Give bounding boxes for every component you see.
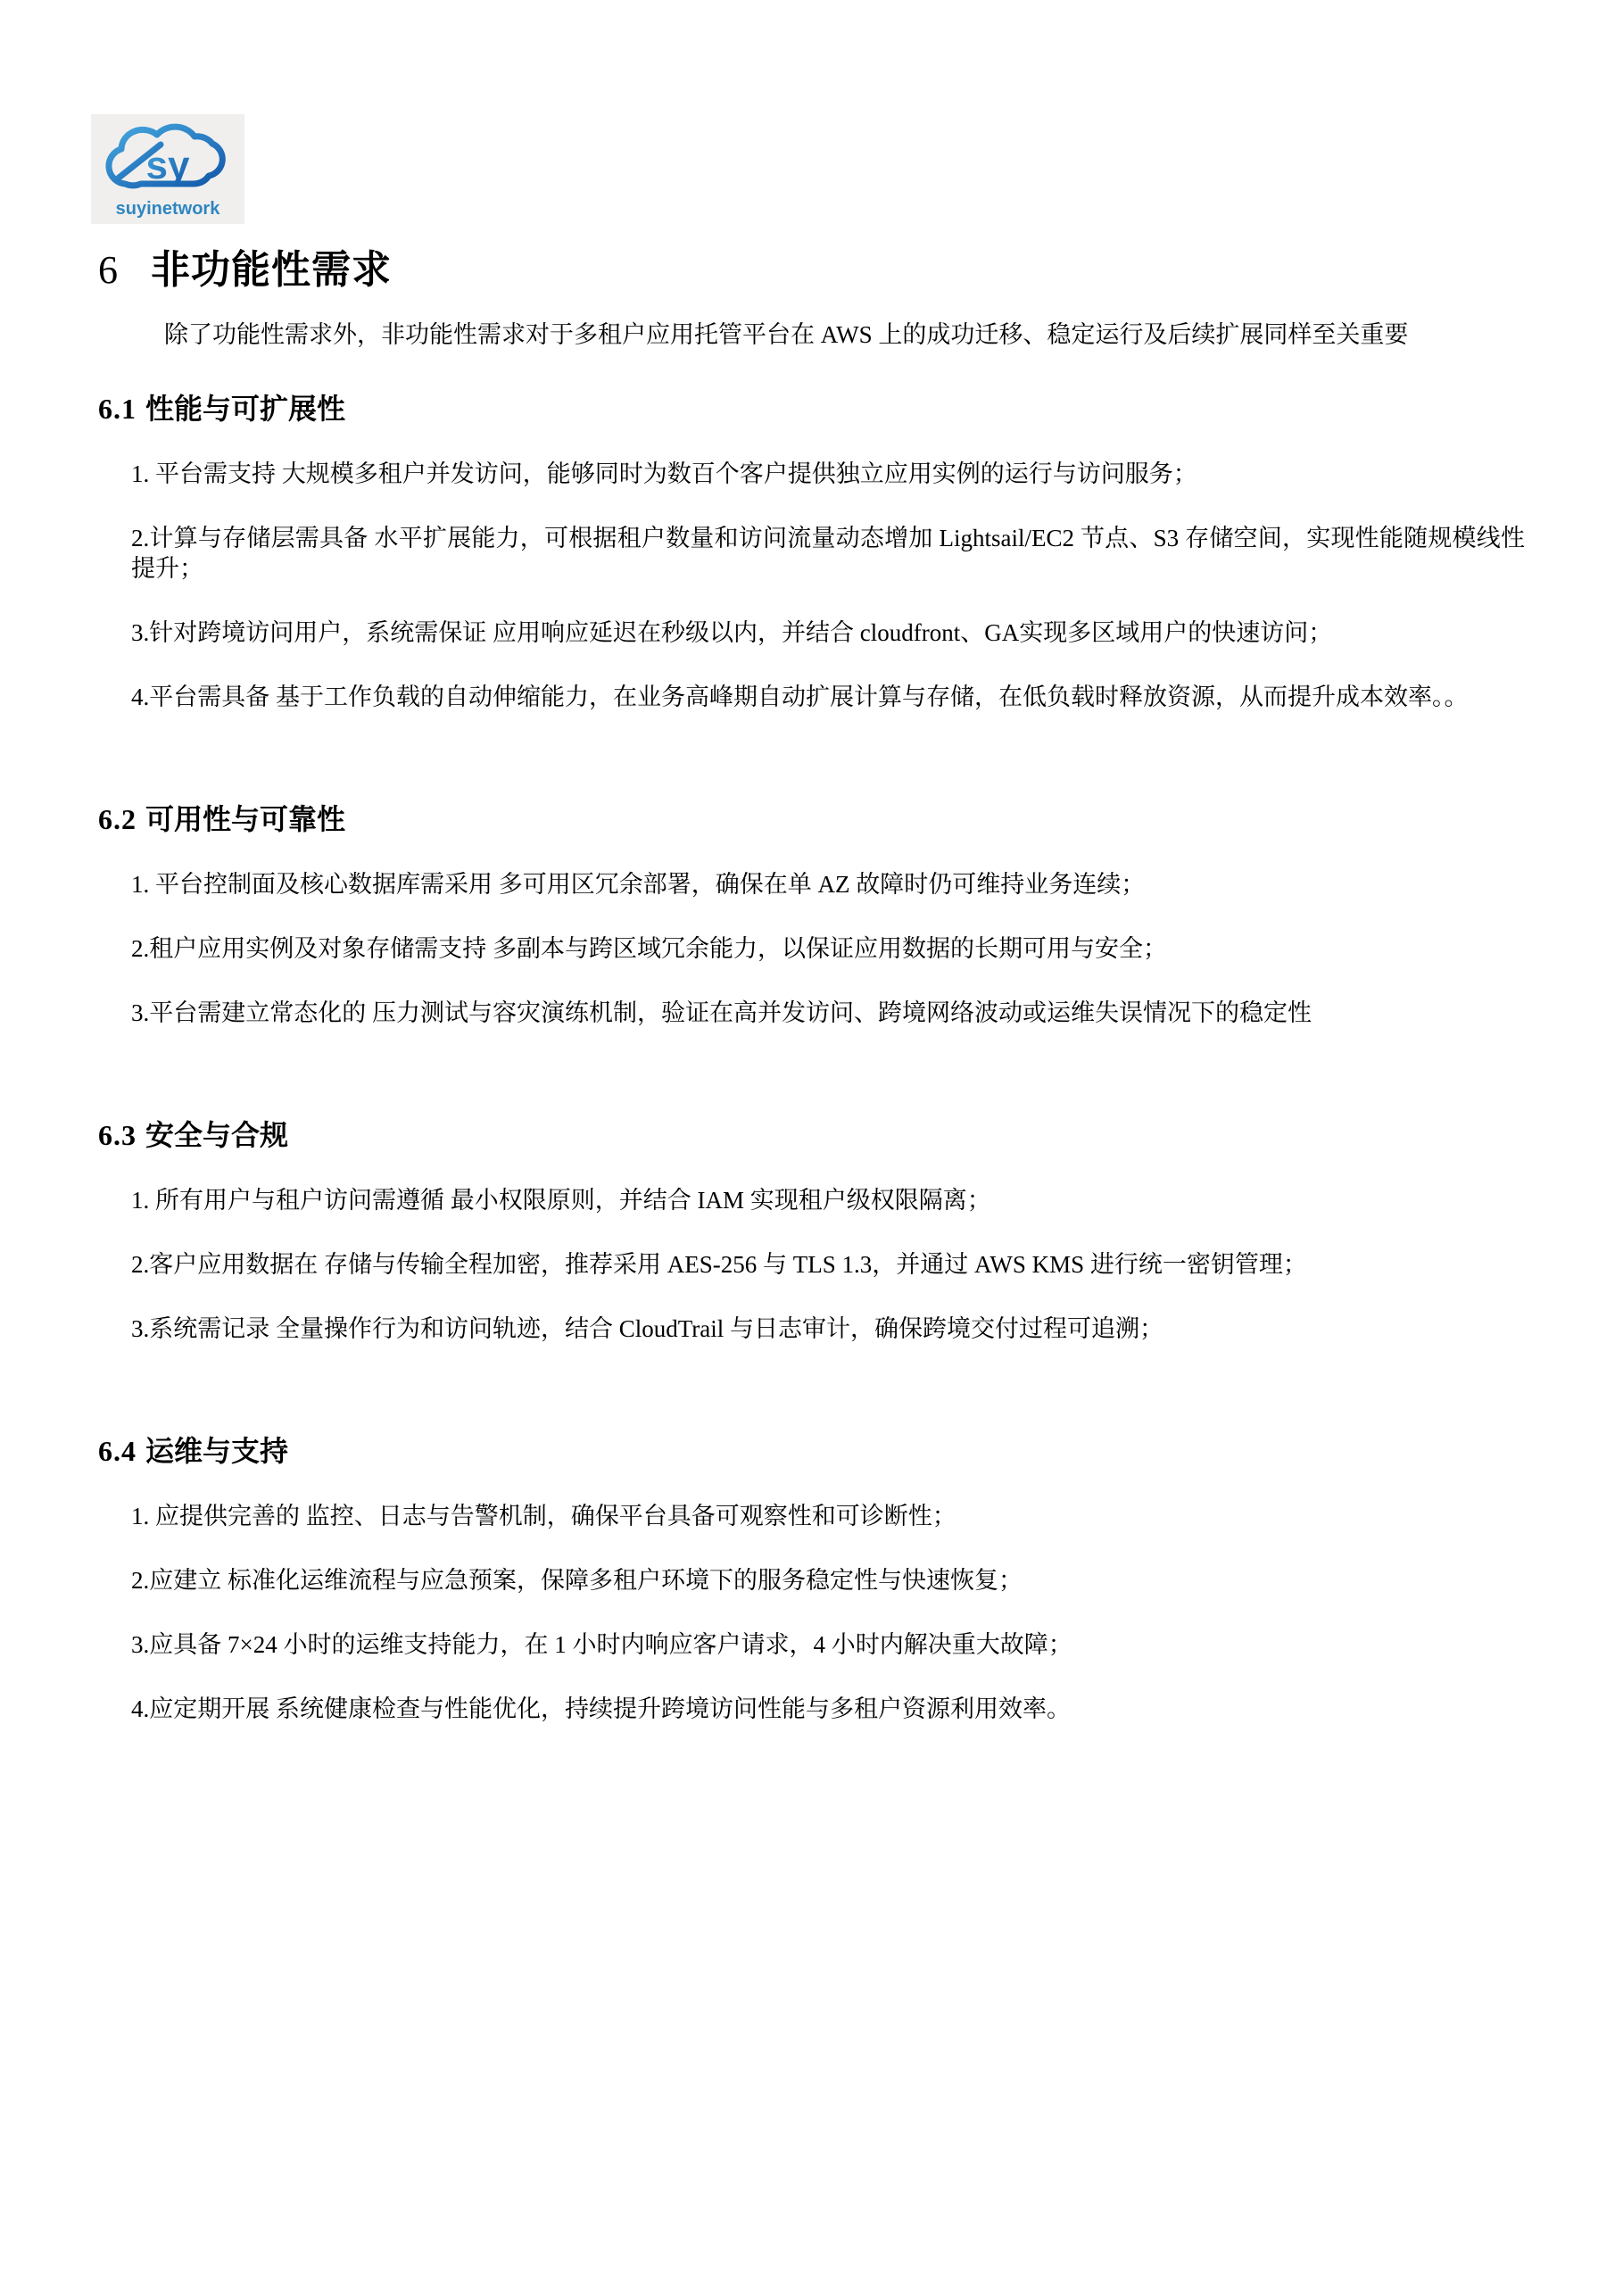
section-6.4-item-2: 2.应建立 标准化运维流程与应急预案，保障多租户环境下的服务稳定性与快速恢复； bbox=[131, 1565, 1525, 1596]
section-6.1-item-1: 1. 平台需支持 大规模多租户并发访问，能够同时为数百个客户提供独立应用实例的运… bbox=[131, 459, 1525, 489]
section-number: 6.1 bbox=[98, 393, 137, 425]
section-number: 6.3 bbox=[98, 1119, 137, 1151]
section-6.1-item-3: 3.针对跨境访问用户，系统需保证 应用响应延迟在秒级以内，并结合 cloudfr… bbox=[131, 618, 1525, 648]
section-6.4-item-1: 1. 应提供完善的 监控、日志与告警机制，确保平台具备可观察性和可诊断性； bbox=[131, 1501, 1525, 1531]
chapter-number: 6 bbox=[98, 248, 119, 292]
section-6.4-item-4: 4.应定期开展 系统健康检查与性能优化，持续提升跨境访问性能与多租户资源利用效率… bbox=[131, 1694, 1525, 1724]
intro-paragraph: 除了功能性需求外，非功能性需求对于多租户应用托管平台在 AWS 上的成功迁移、稳… bbox=[164, 319, 1538, 350]
section-title: 运维与支持 bbox=[145, 1435, 288, 1467]
section-6.3-item-3: 3.系统需记录 全量操作行为和访问轨迹，结合 CloudTrail 与日志审计，… bbox=[131, 1314, 1525, 1344]
section-6.2-item-1: 1. 平台控制面及核心数据库需采用 多可用区冗余部署，确保在单 AZ 故障时仍可… bbox=[131, 869, 1525, 899]
logo-monogram: sy bbox=[146, 144, 190, 187]
sections: 6.1性能与可扩展性1. 平台需支持 大规模多租户并发访问，能够同时为数百个客户… bbox=[98, 391, 1538, 1724]
section-number: 6.4 bbox=[98, 1435, 137, 1467]
company-logo: sy suyinetwork bbox=[91, 114, 244, 224]
section-title: 安全与合规 bbox=[145, 1119, 288, 1151]
section-6.3-item-1: 1. 所有用户与租户访问需遵循 最小权限原则，并结合 IAM 实现租户级权限隔离… bbox=[131, 1185, 1525, 1215]
section-6.2-item-3: 3.平台需建立常态化的 压力测试与容灾演练机制，验证在高并发访问、跨境网络波动或… bbox=[131, 998, 1525, 1028]
section-heading-6.2: 6.2可用性与可靠性 bbox=[98, 801, 1538, 837]
section-6.1-item-2: 2.计算与存储层需具备 水平扩展能力，可根据租户数量和访问流量动态增加 Ligh… bbox=[131, 523, 1525, 584]
chapter-title-text: 非功能性需求 bbox=[151, 248, 392, 292]
document-page: sy suyinetwork 6非功能性需求 除了功能性需求外，非功能性需求对于… bbox=[0, 0, 1623, 2296]
section-number: 6.2 bbox=[98, 803, 137, 835]
cloud-logo-icon: sy suyinetwork bbox=[91, 114, 244, 224]
logo-wordmark: suyinetwork bbox=[116, 199, 221, 219]
section-6.1-item-4: 4.平台需具备 基于工作负载的自动伸缩能力，在业务高峰期自动扩展计算与存储，在低… bbox=[131, 682, 1525, 712]
section-heading-6.3: 6.3安全与合规 bbox=[98, 1117, 1538, 1153]
page-title: 6非功能性需求 bbox=[98, 247, 1538, 294]
section-title: 可用性与可靠性 bbox=[145, 803, 345, 835]
section-6.3-item-2: 2.客户应用数据在 存储与传输全程加密，推荐采用 AES-256 与 TLS 1… bbox=[131, 1249, 1525, 1280]
section-heading-6.4: 6.4运维与支持 bbox=[98, 1433, 1538, 1469]
section-6.4-item-3: 3.应具备 7×24 小时的运维支持能力，在 1 小时内响应客户请求，4 小时内… bbox=[131, 1629, 1525, 1660]
section-title: 性能与可扩展性 bbox=[145, 393, 345, 425]
section-6.2-item-2: 2.租户应用实例及对象存储需支持 多副本与跨区域冗余能力，以保证应用数据的长期可… bbox=[131, 933, 1525, 964]
section-heading-6.1: 6.1性能与可扩展性 bbox=[98, 391, 1538, 427]
